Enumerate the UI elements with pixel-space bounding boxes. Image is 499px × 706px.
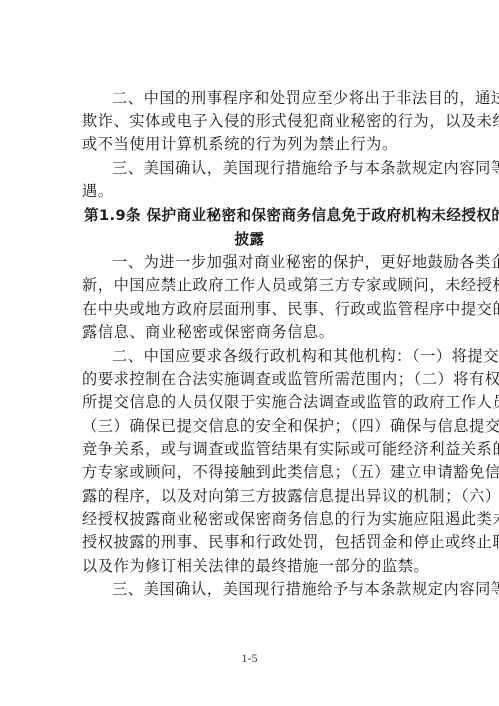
text-line: 所提交信息的人员仅限于实施合法调查或监管的政府工作人员； [82,391,419,414]
text-line: 欺诈、实体或电子入侵的形式侵犯商业秘密的行为，以及未经授权 [82,110,419,133]
text-line: 的要求控制在合法实施调查或监管所需范围内；（二）将有权接触 [82,368,419,391]
text-line: 授权披露的刑事、民事和行政处罚，包括罚金和停止或终止聘用， [82,531,419,554]
text-line: 经授权披露商业秘密或保密商务信息的行为实施应阻遏此类未经 [82,508,419,531]
text-line: 或不当使用计算机系统的行为列为禁止行为。 [82,133,419,156]
text-line: 二、中国应要求各级行政机构和其他机构：（一）将提交信息 [112,345,419,368]
text-line: 在中央或地方政府层面刑事、民事、行政或监管程序中提交的未披 [82,298,419,321]
heading-line: 第1.9条 保护商业秘密和保密商务信息免于政府机构未经授权的 [84,204,421,227]
text-line: 遇。 [82,180,419,203]
heading-line: 披露 [0,228,499,251]
text-line: 竞争关系，或与调查或监管结果有实际或可能经济利益关系的第三 [82,438,419,461]
text-line: 一、为进一步加强对商业秘密的保护，更好地鼓励各类企业创 [112,251,419,274]
text-line: 方专家或顾问，不得接触到此类信息；（五）建立申请豁免信息披 [82,461,419,484]
text-line: 三、美国确认，美国现行措施给予与本条款规定内容同等的待 [112,578,419,601]
text-line: 以及作为修订相关法律的最终措施一部分的监禁。 [82,555,419,578]
text-line: 三、美国确认，美国现行措施给予与本条款规定内容同等的待 [112,157,419,180]
page-number: 1-5 [0,651,499,666]
text-line: 二、中国的刑事程序和处罚应至少将出于非法目的，通过盗窃、 [112,87,419,110]
text-line: 露的程序，以及对向第三方披露信息提出异议的机制；（六）对未 [82,485,419,508]
document-page: 二、中国的刑事程序和处罚应至少将出于非法目的，通过盗窃、 欺诈、实体或电子入侵的… [0,0,499,706]
text-line: （三）确保已提交信息的安全和保护；（四）确保与信息提交方有 [82,415,419,438]
text-line: 新，中国应禁止政府工作人员或第三方专家或顾问，未经授权披露 [82,274,419,297]
text-line: 露信息、商业秘密或保密商务信息。 [82,321,419,344]
